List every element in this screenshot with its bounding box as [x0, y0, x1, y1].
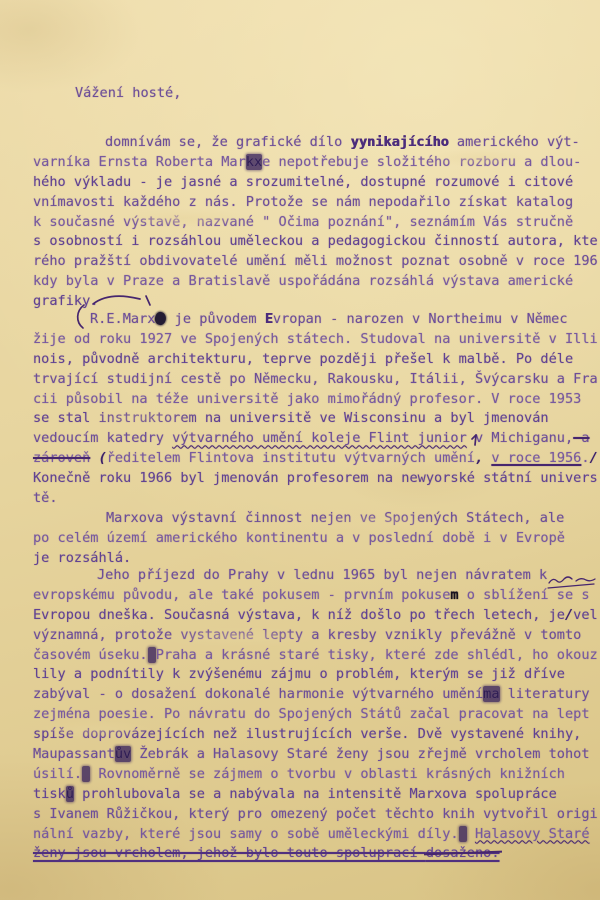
typed-line: s Ivanem Růžičkou, který pro omezený poč…	[33, 805, 600, 825]
text-segment: e nepotřebuje složitého rozboru a dlou-	[262, 154, 581, 170]
typed-line: trvající studijní cestě po Německu, Rako…	[33, 370, 600, 390]
text-segment: Vážení hosté,	[75, 85, 181, 101]
typed-line: vnímavosti každého z nás. Protože se nám…	[33, 193, 600, 213]
typed-line: Marxova výstavní činnost nejen ve Spojen…	[33, 509, 600, 529]
typed-line: časovém úseku. Praha a krásné staré tisk…	[33, 646, 600, 666]
typed-line: k současné výstavě, nazvané " Očima pozn…	[33, 213, 600, 233]
text-segment-hw: /	[590, 450, 598, 466]
text-segment-blot: ma	[483, 686, 499, 702]
typed-line: Maupassantův Žebrák a Halasovy Staré žen…	[33, 745, 600, 765]
typed-line: Evropou dneška. Současná výstava, k níž …	[33, 606, 600, 626]
text-segment: k současné výstavě, nazvané " Očima pozn…	[33, 214, 573, 230]
text-segment-b: yynikajícího	[351, 134, 449, 150]
typed-line: Vážení hosté,	[33, 84, 600, 104]
text-segment: v Michiganu,	[467, 430, 573, 446]
text-segment-u: v roce 1956	[491, 450, 581, 466]
text-segment: vropan - narozen v Northeimu v Němec	[273, 311, 568, 327]
text-segment: Rovnoměrně se zájmem o tvorbu v oblasti …	[90, 766, 565, 782]
typed-line: nální vazby, které jsou samy o sobě uměl…	[33, 825, 600, 845]
text-segment: zejména poesie. Po návratu do Spojených …	[33, 706, 590, 722]
typed-line: žije od roku 1927 ve Spojených státech. …	[33, 330, 600, 350]
typed-line: lily a podnítily k zvýšenému zájmu o pro…	[33, 665, 600, 685]
text-segment-w: výtvarného umění koleje Flint junior	[172, 430, 467, 446]
text-segment: Maupassant	[33, 746, 115, 762]
text-segment: o sblížení se s	[459, 587, 590, 603]
text-segment-ink: m	[450, 587, 458, 603]
text-segment-hw: ,	[475, 450, 483, 466]
text-segment: prohlubovala se a nabývala na intensitě …	[74, 786, 557, 802]
text-segment: .	[581, 450, 589, 466]
text-segment-blot	[459, 826, 467, 842]
typed-line: kdy byla v Praze a Bratislavě uspořádána…	[33, 272, 600, 292]
text-segment: varníka Ernsta Roberta Mar	[33, 154, 246, 170]
text-segment: se stal instruktorem na universitě ve Wi…	[33, 410, 549, 426]
text-segment: literatury	[500, 686, 590, 702]
text-segment: Evropou dneška. Současná výstava, k níž …	[33, 607, 565, 623]
text-segment: lily a podnítily k zvýšenému zájmu o pro…	[33, 666, 565, 682]
text-segment: Konečně roku 1966 byl jmenován profesore…	[33, 470, 598, 486]
text-segment-su: ženy jsou vrcholem, jehož bylo touto spo…	[33, 845, 426, 861]
typed-line: úsilí. Rovnoměrně se zájmem o tvorbu v o…	[33, 765, 600, 785]
typed-line: Jeho příjezd do Prahy v lednu 1965 byl n…	[33, 566, 600, 586]
text-segment: je původem	[166, 311, 264, 327]
document-page: Vážení hosté, domnívám se, že grafické d…	[0, 0, 600, 900]
text-segment: kdy byla v Praze a Bratislavě uspořádána…	[33, 273, 573, 289]
text-segment: s Ivanem Růžičkou, který pro omezený poč…	[33, 806, 598, 822]
text-segment: úsilí.	[33, 766, 82, 782]
text-segment: vnímavosti každého z nás. Protože se nám…	[33, 194, 573, 210]
typed-line: vedoucím katedry výtvarného umění koleje…	[33, 429, 600, 449]
text-segment-b: E	[265, 311, 273, 327]
salutation: Vážení hosté,	[33, 84, 600, 104]
typed-line: ženy jsou vrcholem, jehož bylo touto spo…	[33, 844, 600, 864]
typed-line: spíše doprovázejících než ilustrujících …	[33, 725, 600, 745]
text-segment: nois, původně architekturu, teprve pozdě…	[33, 351, 573, 367]
text-segment: žije od roku 1927 ve Spojených státech. …	[33, 331, 598, 347]
typed-line: po celém území amerického kontinentu a v…	[33, 529, 600, 549]
typed-line: s osobností i rozsáhlou uměleckou a peda…	[33, 232, 600, 252]
typed-line: Konečně roku 1966 byl jmenován profesore…	[33, 469, 600, 489]
text-segment: s osobností i rozsáhlou uměleckou a peda…	[33, 233, 598, 249]
typed-line: hého výkladu - je jasné a srozumitelné, …	[33, 173, 600, 193]
text-segment-st: zároveň	[33, 450, 90, 466]
text-segment: ředitelem Flintova institutu výtvarných …	[107, 450, 475, 466]
text-segment: Žebrák a Halasovy Staré ženy jsou zřejmě…	[131, 746, 589, 762]
text-segment: tisk	[33, 786, 66, 802]
typed-line: cii působil na téže universitě jako mimo…	[33, 390, 600, 410]
text-segment: Praha a krásné staré tisky, které zde sh…	[156, 647, 598, 663]
text-segment-w: Halasovy Staré	[475, 826, 590, 842]
text-segment: zabýval - o dosažení dokonalé harmonie v…	[33, 686, 483, 702]
text-segment: tě.	[33, 490, 58, 506]
typed-text: Vážení hosté, domnívám se, že grafické d…	[0, 0, 600, 900]
typed-line: R.E.Marx je původem Evropan - narozen v …	[33, 310, 600, 330]
text-segment-blot	[148, 647, 156, 663]
typed-line: zabýval - o dosažení dokonalé harmonie v…	[33, 685, 600, 705]
text-segment-blot: ův	[115, 746, 131, 762]
text-segment-blot: kx	[246, 154, 262, 170]
text-segment-blot: ů	[66, 786, 74, 802]
text-segment: vel	[573, 607, 598, 623]
text-segment: Marxova výstavní činnost nejen ve Spojen…	[106, 510, 564, 526]
text-segment	[467, 826, 475, 842]
text-segment: rého pražští obdivovatelé umění měli mož…	[33, 253, 598, 269]
typed-line: nois, původně architekturu, teprve pozdě…	[33, 350, 600, 370]
text-segment: evropskému původu, ale také pokusem - pr…	[33, 587, 450, 603]
text-segment: Jeho příjezd do Prahy v lednu 1965 byl n…	[97, 567, 547, 583]
text-segment-hw: (	[98, 450, 106, 466]
text-segment: trvající studijní cestě po Německu, Rako…	[33, 371, 598, 387]
text-segment: nální vazby, které jsou samy o sobě uměl…	[33, 826, 459, 842]
paragraph-exhibition-activity: Marxova výstavní činnost nejen ve Spojen…	[33, 509, 600, 569]
text-segment-hw: /	[565, 607, 573, 623]
text-segment: vedoucím katedry	[33, 430, 172, 446]
typed-line: evropskému původu, ale také pokusem - pr…	[33, 586, 600, 606]
text-segment: amerického výt-	[449, 134, 580, 150]
text-segment-su2: dosaženo.	[426, 845, 500, 861]
typed-line: rého pražští obdivovatelé umění měli mož…	[33, 252, 600, 272]
typed-line: tě.	[33, 489, 600, 509]
text-segment: je rozsáhlá.	[33, 550, 131, 566]
typed-line: tisků prohlubovala se a nabývala na inte…	[33, 785, 600, 805]
typed-line: zároveň (ředitelem Flintova institutu vý…	[33, 449, 600, 469]
text-segment: cii působil na téže universitě jako mimo…	[33, 391, 581, 407]
paragraph-prague-visit: Jeho příjezd do Prahy v lednu 1965 byl n…	[33, 566, 600, 864]
text-segment: domnívám se, že grafické dílo	[105, 134, 351, 150]
paragraph-biography: R.E.Marx je původem Evropan - narozen v …	[33, 310, 600, 509]
typed-line: varníka Ernsta Roberta Markxe nepotřebuj…	[33, 153, 600, 173]
text-segment: spíše doprovázejících než ilustrujících …	[33, 726, 581, 742]
typed-line: se stal instruktorem na universitě ve Wi…	[33, 409, 600, 429]
text-segment-st: a	[573, 430, 589, 446]
paragraph-introduction: domnívám se, že grafické dílo yynikající…	[33, 133, 600, 312]
text-segment: hého výkladu - je jasné a srozumitelné, …	[33, 174, 573, 190]
text-segment: grafiky.	[33, 293, 98, 309]
text-segment: významná, protože vystavené lepty a kres…	[33, 627, 581, 643]
typed-line: zejména poesie. Po návratu do Spojených …	[33, 705, 600, 725]
text-segment: časovém úseku.	[33, 647, 148, 663]
typed-line: domnívám se, že grafické dílo yynikající…	[33, 133, 600, 153]
text-segment: po celém území amerického kontinentu a v…	[33, 530, 565, 546]
text-segment: R.E.Marx	[90, 311, 155, 327]
typed-line: významná, protože vystavené lepty a kres…	[33, 626, 600, 646]
